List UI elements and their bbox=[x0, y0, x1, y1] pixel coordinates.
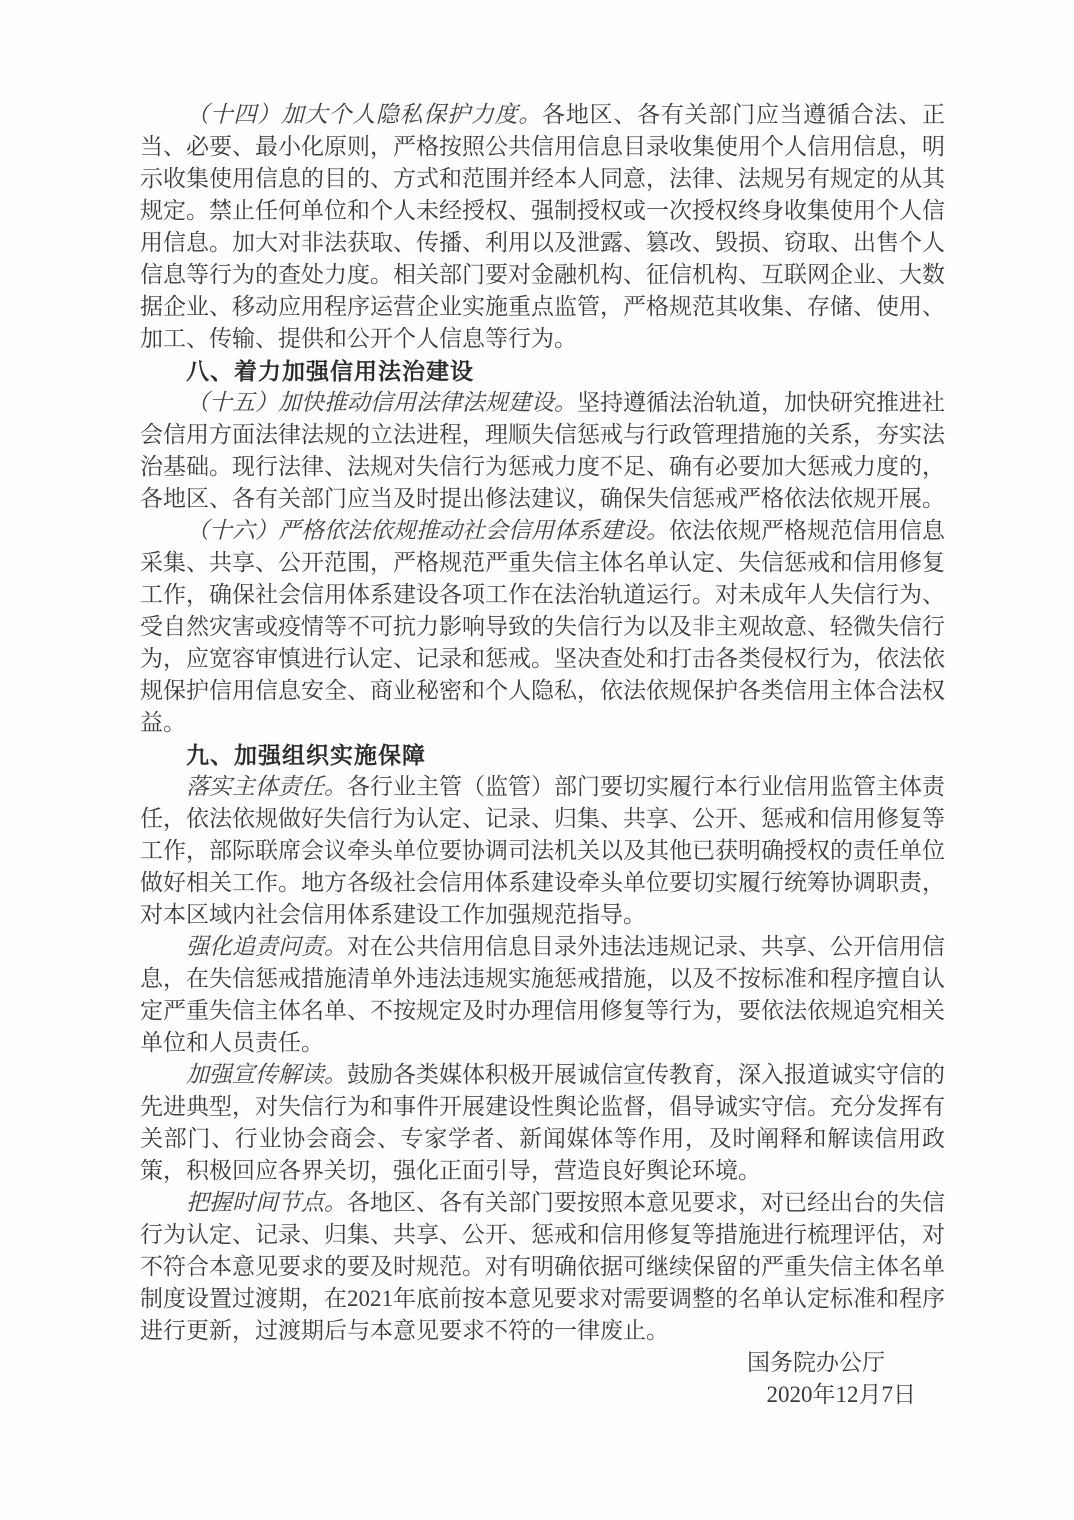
signature-issuer: 国务院办公厅 bbox=[140, 1347, 945, 1379]
paragraph-timeline: 把握时间节点。各地区、各有关部门要按照本意见要求，对已经出台的失信行为认定、记录… bbox=[140, 1187, 945, 1347]
document-page: （十四）加大个人隐私保护力度。各地区、各有关部门应当遵循合法、正当、必要、最小化… bbox=[0, 0, 1074, 1520]
paragraph-accountability: 强化追责问责。对在公共信用信息目录外违法违规记录、共享、公开信用信息，在失信惩戒… bbox=[140, 931, 945, 1059]
section-heading-8: 八、着力加强信用法治建设 bbox=[140, 355, 945, 387]
paragraph-timeline-lead: 把握时间节点。 bbox=[186, 1190, 347, 1215]
signature-block: 国务院办公厅 2020年12月7日 bbox=[140, 1347, 945, 1411]
paragraph-responsibility-lead: 落实主体责任。 bbox=[186, 774, 347, 799]
paragraph-14-text: 各地区、各有关部门应当遵循合法、正当、必要、最小化原则，严格按照公共信用信息目录… bbox=[140, 102, 945, 351]
signature-date: 2020年12月7日 bbox=[140, 1379, 945, 1411]
paragraph-16-text: 依法依规严格规范信用信息采集、共享、公开范围，严格规范严重失信主体名单认定、失信… bbox=[140, 518, 945, 735]
paragraph-15-lead: （十五）加快推动信用法律法规建设。 bbox=[186, 390, 577, 415]
paragraph-15: （十五）加快推动信用法律法规建设。坚持遵循法治轨道，加快研究推进社会信用方面法律… bbox=[140, 387, 945, 515]
paragraph-publicity: 加强宣传解读。鼓励各类媒体积极开展诚信宣传教育，深入报道诚实守信的先进典型，对失… bbox=[140, 1059, 945, 1187]
paragraph-14: （十四）加大个人隐私保护力度。各地区、各有关部门应当遵循合法、正当、必要、最小化… bbox=[140, 99, 945, 355]
paragraph-16: （十六）严格依法依规推动社会信用体系建设。依法依规严格规范信用信息采集、共享、公… bbox=[140, 515, 945, 739]
section-heading-9: 九、加强组织实施保障 bbox=[140, 739, 945, 771]
paragraph-publicity-lead: 加强宣传解读。 bbox=[186, 1062, 347, 1087]
paragraph-accountability-lead: 强化追责问责。 bbox=[186, 934, 347, 959]
paragraph-responsibility: 落实主体责任。各行业主管（监管）部门要切实履行本行业信用监管主体责任，依法依规做… bbox=[140, 771, 945, 931]
paragraph-14-lead: （十四）加大个人隐私保护力度。 bbox=[186, 102, 542, 127]
paragraph-16-lead: （十六）严格依法依规推动社会信用体系建设。 bbox=[186, 518, 669, 543]
